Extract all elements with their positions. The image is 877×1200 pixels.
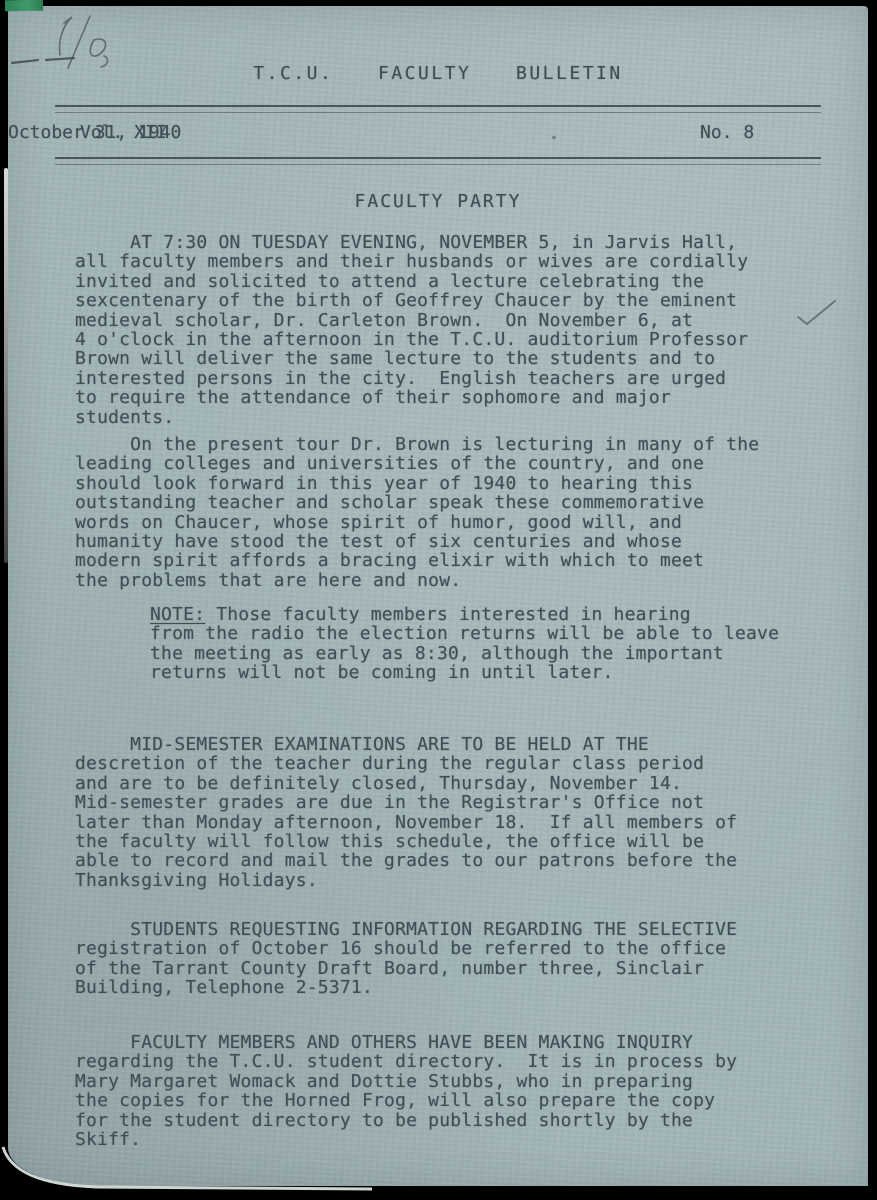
- text-line: the faculty will follow this schedule, t…: [75, 832, 737, 851]
- text-line: regarding the T.C.U. student directory. …: [75, 1052, 737, 1071]
- text-line: and are to be definitely closed, Thursda…: [75, 774, 737, 793]
- text-line: the meeting as early as 8:30, although t…: [150, 644, 779, 663]
- text-line: FACULTY MEMBERS AND OTHERS HAVE BEEN MAK…: [75, 1033, 737, 1052]
- note-continuation-lines: from the radio the election returns will…: [150, 624, 779, 682]
- text-line: humanity have stood the test of six cent…: [75, 532, 759, 551]
- paper-sheet: T.C.U. FACULTY BULLETIN Vol. XII October…: [8, 6, 868, 1186]
- text-line: should look forward in this year of 1940…: [75, 474, 759, 493]
- scanned-bulletin-page: T.C.U. FACULTY BULLETIN Vol. XII October…: [0, 0, 877, 1200]
- text-line: Mid-semester grades are due in the Regis…: [75, 793, 737, 812]
- bulletin-title: T.C.U. FACULTY BULLETIN: [8, 64, 868, 83]
- text-line: medieval scholar, Dr. Carleton Brown. On…: [75, 311, 748, 330]
- text-line: words on Chaucer, whose spirit of humor,…: [75, 513, 759, 532]
- text-line: registration of October 16 should be ref…: [75, 939, 737, 958]
- student-directory-paragraph: FACULTY MEMBERS AND OTHERS HAVE BEEN MAK…: [75, 1033, 737, 1149]
- text-line: of the Tarrant County Draft Board, numbe…: [75, 959, 737, 978]
- election-note-block: NOTE: Those faculty members interested i…: [150, 605, 779, 683]
- text-line: from the radio the election returns will…: [150, 624, 779, 643]
- masthead-rule-top: [55, 105, 821, 113]
- text-line: all faculty members and their husbands o…: [75, 252, 748, 271]
- masthead-rule-bottom: [55, 157, 821, 165]
- text-line: the problems that are here and now.: [75, 571, 759, 590]
- text-line: Thanksgiving Holidays.: [75, 871, 737, 890]
- text-line: Brown will deliver the same lecture to t…: [75, 349, 748, 368]
- faculty-party-paragraph-1: AT 7:30 ON TUESDAY EVENING, NOVEMBER 5, …: [75, 233, 748, 427]
- text-line: outstanding teacher and scholar speak th…: [75, 493, 759, 512]
- note-label: NOTE:: [150, 604, 205, 625]
- scan-edge-green-patch: [5, 0, 43, 11]
- text-line: the copies for the Horned Frog, will als…: [75, 1091, 737, 1110]
- text-line: Mary Margaret Womack and Dottie Stubbs, …: [75, 1072, 737, 1091]
- text-line: modern spirit affords a bracing elixir w…: [75, 551, 759, 570]
- text-line: for the student directory to be publishe…: [75, 1111, 737, 1130]
- text-line: to require the attendance of their sopho…: [75, 388, 748, 407]
- text-line: interested persons in the city. English …: [75, 369, 748, 388]
- text-line: STUDENTS REQUESTING INFORMATION REGARDIN…: [75, 920, 737, 939]
- mid-semester-exams-paragraph: MID-SEMESTER EXAMINATIONS ARE TO BE HELD…: [75, 735, 737, 890]
- text-line: AT 7:30 ON TUESDAY EVENING, NOVEMBER 5, …: [75, 233, 748, 252]
- paper-texture: [8, 6, 868, 1186]
- text-line: MID-SEMESTER EXAMINATIONS ARE TO BE HELD…: [75, 735, 737, 754]
- text-line: Building, Telephone 2-5371.: [75, 978, 737, 997]
- selective-service-paragraph: STUDENTS REQUESTING INFORMATION REGARDIN…: [75, 920, 737, 998]
- note-first-line: NOTE: Those faculty members interested i…: [150, 605, 779, 624]
- text-line: On the present tour Dr. Brown is lecturi…: [75, 435, 759, 454]
- text-line: sexcentenary of the birth of Geoffrey Ch…: [75, 291, 748, 310]
- text-line: students.: [75, 408, 748, 427]
- text-line: later than Monday afternoon, November 18…: [75, 813, 737, 832]
- text-line: leading colleges and universities of the…: [75, 454, 759, 473]
- issue-number: No. 8: [700, 122, 754, 143]
- faculty-party-heading: FACULTY PARTY: [8, 192, 868, 211]
- text-line: 4 o'clock in the afternoon in the T.C.U.…: [75, 330, 748, 349]
- text-line: Skiff.: [75, 1130, 737, 1149]
- note-first-line-rest: Those faculty members interested in hear…: [205, 604, 691, 625]
- text-line: descretion of the teacher during the reg…: [75, 754, 737, 773]
- ink-speck: [552, 136, 556, 139]
- page-edge-highlight-left: [4, 168, 8, 563]
- faculty-party-paragraph-2: On the present tour Dr. Brown is lecturi…: [75, 435, 759, 590]
- text-line: invited and solicited to attend a lectur…: [75, 272, 748, 291]
- text-line: able to record and mail the grades to ou…: [75, 851, 737, 870]
- text-line: returns will not be coming in until late…: [150, 663, 779, 682]
